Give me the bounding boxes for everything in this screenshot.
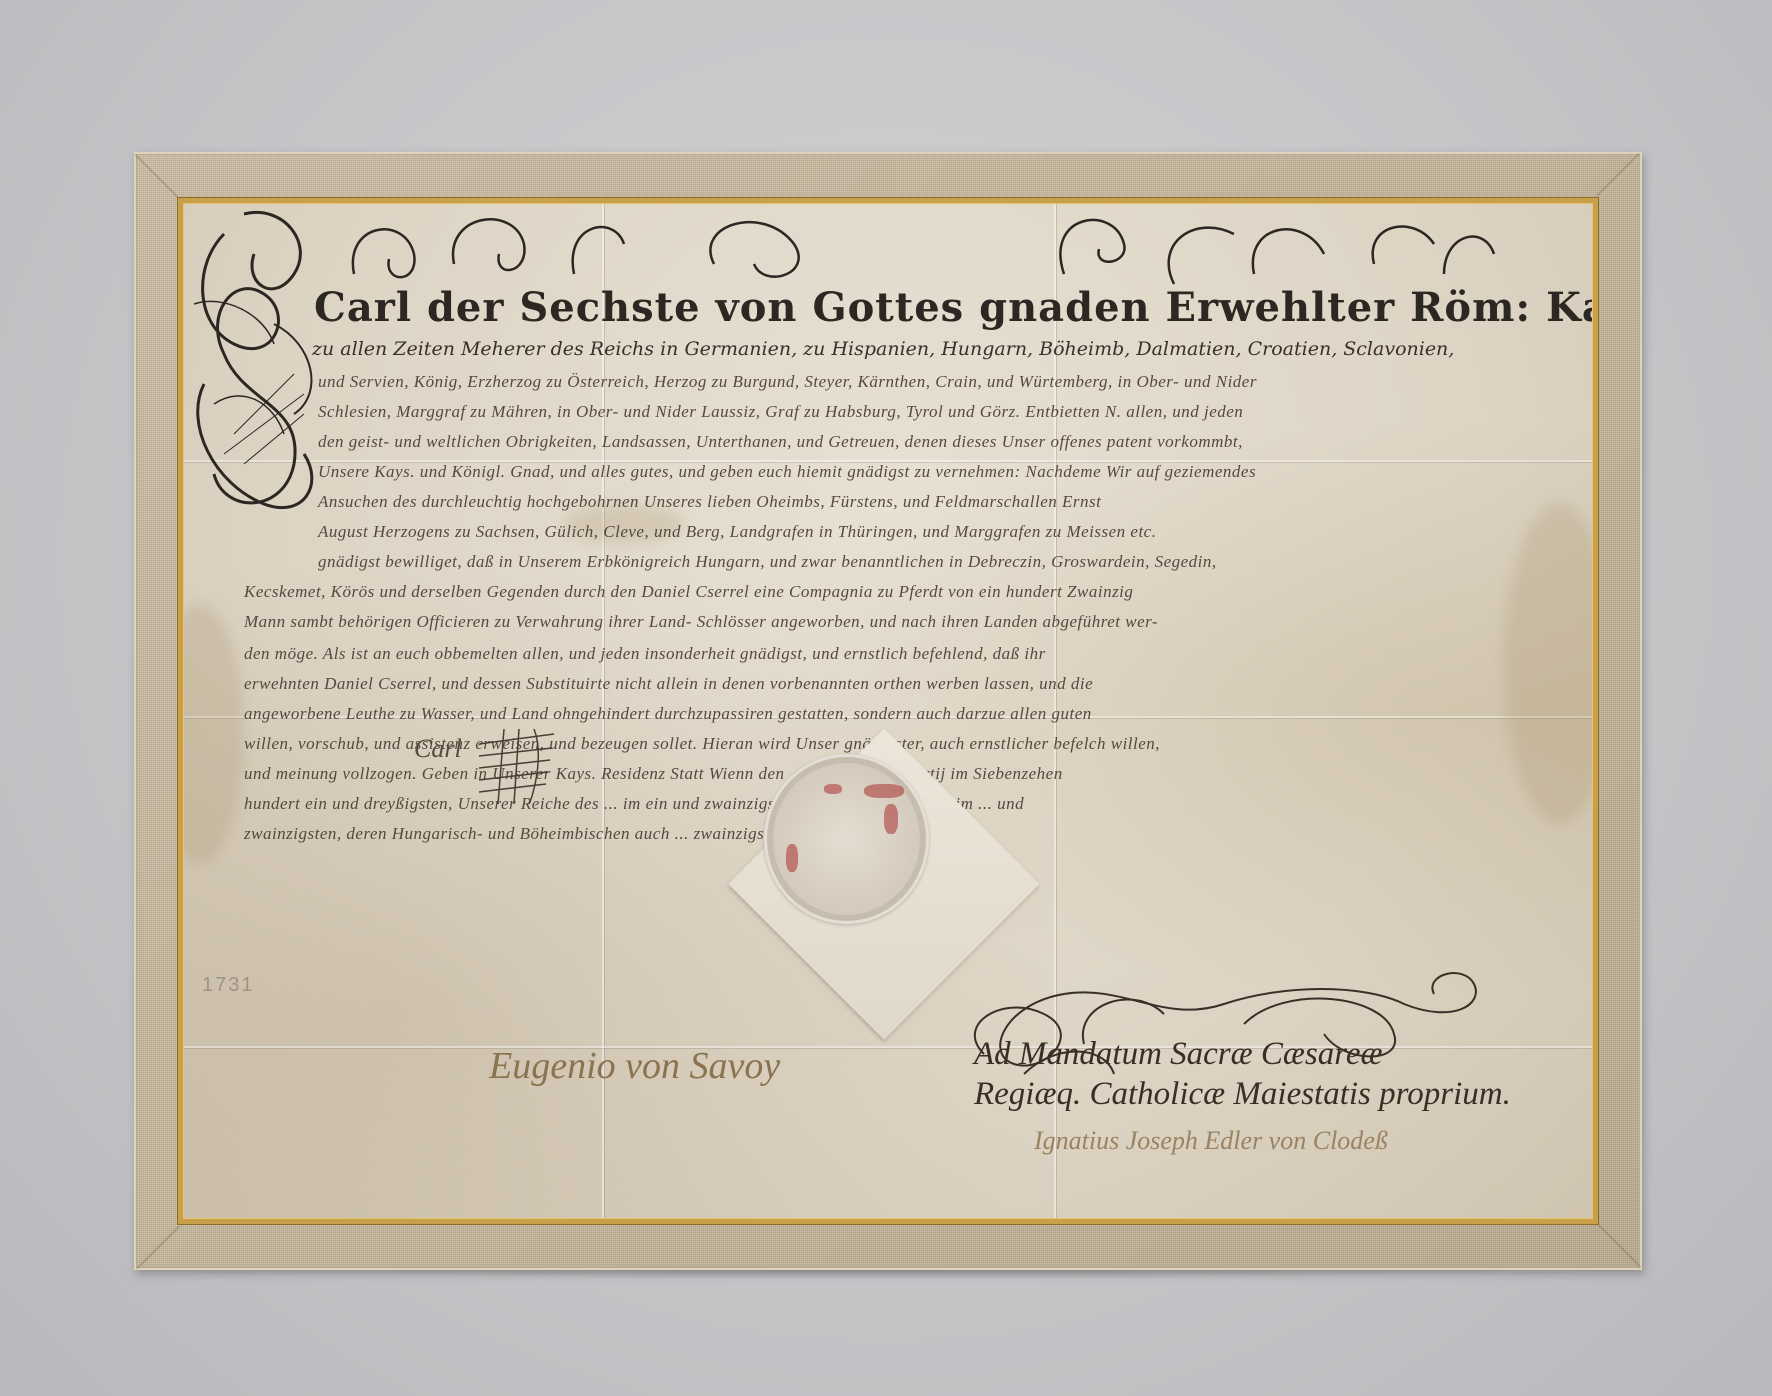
script-line: willen, vorschub, und assistenz erweisen…	[244, 734, 1160, 754]
script-line: den möge. Als ist an euch obbemelten all…	[244, 644, 1046, 664]
countersign-formula: Ad Mandatum Sacræ Cæsareæ Regiæq. Cathol…	[974, 1034, 1511, 1114]
emperor-monogram: Carl	[414, 734, 462, 764]
script-line: gnädigst bewilliget, daß in Unserem Erbk…	[318, 552, 1217, 572]
script-line: Mann sambt behörigen Officieren zu Verwa…	[244, 612, 1158, 632]
script-line: erwehnten Daniel Cserrel, und dessen Sub…	[244, 674, 1093, 694]
wax-trace	[884, 804, 898, 834]
wax-trace	[786, 844, 798, 872]
countersign-line-1: Ad Mandatum Sacræ Cæsareæ	[974, 1034, 1511, 1074]
script-line: Ansuchen des durchleuchtig hochgebohrnen…	[318, 492, 1101, 512]
script-line: und meinung vollzogen. Geben in Unserer …	[244, 764, 1063, 784]
calligraphic-line: zu allen Zeiten Meherer des Reichs in Ge…	[312, 338, 1454, 360]
wax-trace	[864, 784, 904, 798]
script-line: Schlesien, Marggraf zu Mähren, in Ober- …	[318, 402, 1243, 422]
script-line: Unsere Kays. und Königl. Gnad, und alles…	[318, 462, 1256, 482]
signature-eugene: Eugenio von Savoy	[489, 1044, 780, 1088]
stain	[1504, 504, 1592, 824]
emperor-signature-scribble-icon	[474, 724, 564, 814]
script-line: Kecskemet, Körös und derselben Gegenden …	[244, 582, 1133, 602]
archive-number: 1731	[202, 974, 255, 997]
script-line: zwainzigsten, deren Hungarisch- und Böhe…	[244, 824, 837, 844]
script-line: angeworbene Leuthe zu Wasser, und Land o…	[244, 704, 1092, 724]
script-line: und Servien, König, Erzherzog zu Österre…	[318, 372, 1257, 392]
document-title: Carl der Sechste von Gottes gnaden Erweh…	[314, 284, 1564, 331]
script-line: August Herzogens zu Sachsen, Gülich, Cle…	[318, 522, 1156, 542]
stain	[184, 604, 244, 864]
signature-secretary: Ignatius Joseph Edler von Clodeß	[1034, 1126, 1388, 1156]
wax-seal-icon	[764, 754, 929, 924]
wax-trace	[824, 784, 842, 794]
script-line: den geist- und weltlichen Obrigkeiten, L…	[318, 432, 1243, 452]
countersign-line-2: Regiæq. Catholicæ Maiestatis proprium.	[974, 1074, 1511, 1114]
document-parchment: Carl der Sechste von Gottes gnaden Erweh…	[184, 204, 1592, 1218]
heading-flourish-icon	[294, 204, 1544, 294]
